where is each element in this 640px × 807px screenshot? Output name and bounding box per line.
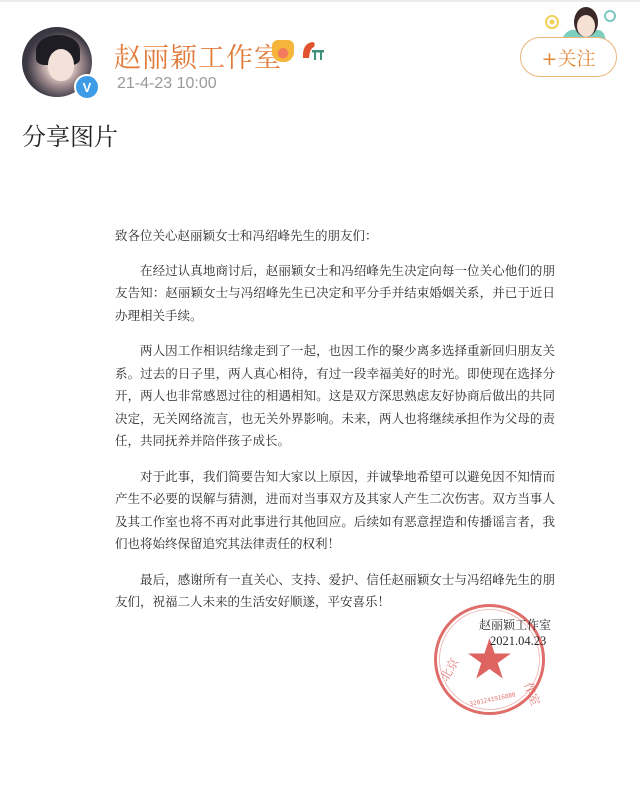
svg-text:作室: 作室 — [521, 680, 543, 708]
post-text: 分享图片 — [22, 117, 118, 152]
crown-badge-icon[interactable] — [272, 40, 294, 62]
document-paragraph: 对于此事，我们简要告知大家以上原因，并诚挚地希望可以避免因不知情而产生不必要的误… — [115, 466, 555, 556]
follow-button[interactable]: +关注 — [520, 37, 617, 77]
document-date: 2021.04.23 — [490, 634, 546, 649]
game-badge-icon[interactable] — [300, 38, 326, 64]
document-signature: 赵丽颖工作室 — [479, 616, 551, 633]
post-timestamp: 21-4-23 10:00 — [117, 75, 217, 93]
document-greeting: 致各位关心赵丽颖女士和冯绍峰先生的朋友们： — [115, 225, 555, 248]
document-paragraph: 在经过认真地商讨后，赵丽颖女士和冯绍峰先生决定向每一位关心他们的朋友告知：赵丽颖… — [115, 260, 555, 328]
document-paragraph: 两人因工作相识结缘走到了一起，也因工作的聚少离多选择重新回归朋友关系。过去的日子… — [115, 340, 555, 453]
username[interactable]: 赵丽颖工作室 — [114, 36, 282, 75]
verified-badge-icon: V — [74, 74, 100, 100]
shared-image-document[interactable]: 致各位关心赵丽颖女士和冯绍峰先生的朋友们： 在经过认真地商讨后，赵丽颖女士和冯绍… — [115, 225, 555, 627]
avatar-face — [48, 49, 74, 81]
